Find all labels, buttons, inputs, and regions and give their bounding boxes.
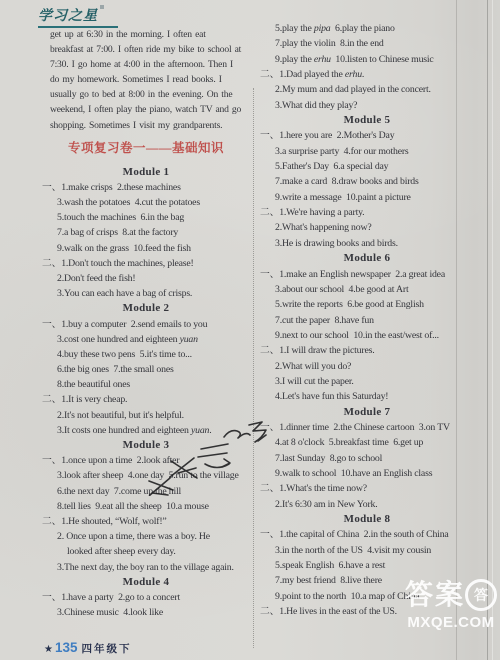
intro-paragraph: get up at 6:30 in the morning. I often e… <box>40 27 252 133</box>
answer-line: 5.speak English 6.have a rest <box>275 558 476 573</box>
answer-line: 3.cost one hundred and eighteen yuan <box>57 332 252 347</box>
page-edge-highlight <box>492 0 493 660</box>
answer-line: 9.walk on the grass 10.feed the fish <box>57 241 252 256</box>
answer-line: 二、1.Don't touch the machines, please! <box>42 256 252 271</box>
left-column: get up at 6:30 in the morning. I often e… <box>40 27 252 620</box>
answer-line: 9.play the erhu 10.listen to Chinese mus… <box>275 52 476 67</box>
answer-line: 2. Once upon a time, there was a boy. He <box>57 529 252 544</box>
brand-logo: 学习之星 <box>38 5 118 28</box>
paragraph-line: usually go to bed at 8:00 in the evening… <box>50 87 252 102</box>
answer-line: 9.next to our school 10.in the east/west… <box>275 328 476 343</box>
answer-line: 7.cut the paper 8.have fun <box>275 313 476 328</box>
answer-line: 4.at 8 o'clock 5.breakfast time 6.get up <box>275 435 476 450</box>
answer-line: 3.What did they play? <box>275 98 476 113</box>
answer-line: 3.He is drawing books and birds. <box>275 236 476 251</box>
answer-line: 2.It's 6:30 am in New York. <box>275 497 476 512</box>
answer-line: 5.write the reports 6.be good at English <box>275 297 476 312</box>
watermark-wordmark: 答 案 答 <box>402 579 500 611</box>
answer-line: 一、1.dinner time 2.the Chinese cartoon 3.… <box>260 420 476 435</box>
answer-line: 9.walk to school 10.have an English clas… <box>275 466 476 481</box>
answer-line: 一、1.have a party 2.go to a concert <box>42 590 252 605</box>
watermark-circle-logo: 答 <box>465 579 497 611</box>
scanned-workbook-page: 学习之星 get up at 6:30 in the morning. I of… <box>0 0 500 660</box>
answer-line: 5.touch the machines 6.in the bag <box>57 210 252 225</box>
answer-line: 一、1.here you are 2.Mother's Day <box>260 128 476 143</box>
answer-line: 一、1.the capital of China 2.in the south … <box>260 527 476 542</box>
answer-line: 2.My mum and dad played in the concert. <box>275 82 476 97</box>
answer-line: 2.What's happening now? <box>275 220 476 235</box>
answer-line: 6.the big ones 7.the small ones <box>57 362 252 377</box>
paragraph-line: do my homework. Sometimes I read books. … <box>50 72 252 87</box>
answer-line: 2.It's not beautiful, but it's helpful. <box>57 408 252 423</box>
answer-line: 3.wash the potatoes 4.cut the potatoes <box>57 195 252 210</box>
grade-label: 四年级下 <box>82 641 132 656</box>
paragraph-line: breakfast at 7:00. I often ride my bike … <box>50 42 252 57</box>
answer-line: 一、1.make crisps 2.these machines <box>42 180 252 195</box>
answer-line: 7.a bag of crisps 8.at the factory <box>57 225 252 240</box>
answer-line: 7.make a card 8.draw books and birds <box>275 174 476 189</box>
module-header: Module 3 <box>40 438 252 453</box>
watermark-char-2: 案 <box>435 580 463 610</box>
answer-line: 3.You can each have a bag of crisps. <box>57 286 252 301</box>
module-header: Module 2 <box>40 301 252 316</box>
answer-line: 2.Don't feed the fish! <box>57 271 252 286</box>
answer-line: 8.the beautiful ones <box>57 377 252 392</box>
answer-line: 6.the next day 7.come up the hill <box>57 484 252 499</box>
answer-line: 5.Father's Day 6.a special day <box>275 159 476 174</box>
answer-line: 7.play the violin 8.in the end <box>275 36 476 51</box>
answer-line: 二、1.We're having a party. <box>260 205 476 220</box>
watermark-site-url: MXQE.COM <box>402 614 500 631</box>
paragraph-line: weekend, I often play the piano, watch T… <box>50 102 252 117</box>
module-header: Module 6 <box>258 251 476 266</box>
answer-line: 7.last Sunday 8.go to school <box>275 451 476 466</box>
page-edge-line <box>487 0 488 660</box>
left-answers: Module 1一、1.make crisps 2.these machines… <box>40 165 252 621</box>
answer-line: 二、1.He shouted, “Wolf, wolf!” <box>42 514 252 529</box>
answer-line: 4.Let's have fun this Saturday! <box>275 389 476 404</box>
answer-line: 二、1.What's the time now? <box>260 481 476 496</box>
answer-line: 3.I will cut the paper. <box>275 374 476 389</box>
watermark-char-1: 答 <box>405 580 433 610</box>
answer-line: 3.a surprise party 4.for our mothers <box>275 144 476 159</box>
brand-logo-text: 学习之星 <box>38 9 98 24</box>
column-divider <box>253 88 254 648</box>
answer-line: 3.The next day, the boy ran to the villa… <box>57 560 252 575</box>
answer-line: 3.Chinese music 4.look like <box>57 605 252 620</box>
module-header: Module 7 <box>258 405 476 420</box>
answer-line: looked after sheep every day. <box>67 544 252 559</box>
answer-line: 4.buy these two pens 5.it's time to... <box>57 347 252 362</box>
answer-line: 二、1.Dad played the erhu. <box>260 67 476 82</box>
page-number: 135 <box>55 640 78 655</box>
answer-line: 5.play the pipa 6.play the piano <box>275 21 476 36</box>
answer-line: 9.write a message 10.paint a picture <box>275 190 476 205</box>
answer-line: 二、1.I will draw the pictures. <box>260 343 476 358</box>
module-header: Module 1 <box>40 165 252 180</box>
paragraph-line: shopping. Sometimes I visit my grandpare… <box>50 118 252 133</box>
answer-line: 二、1.It is very cheap. <box>42 392 252 407</box>
answer-line: 3.look after sheep 4.one day 5.run to th… <box>57 468 252 483</box>
right-answers: 5.play the pipa 6.play the piano7.play t… <box>258 21 476 619</box>
paragraph-line: get up at 6:30 in the morning. I often e… <box>50 27 252 42</box>
answer-line: 2.What will you do? <box>275 359 476 374</box>
answer-line: 3.about our school 4.be good at Art <box>275 282 476 297</box>
module-header: Module 4 <box>40 575 252 590</box>
answer-line: 一、1.make an English newspaper 2.a great … <box>260 267 476 282</box>
logo-registered-mark <box>100 5 104 9</box>
answer-line: 3.in the north of the US 4.visit my cous… <box>275 543 476 558</box>
answer-line: 一、1.buy a computer 2.send emails to you <box>42 317 252 332</box>
right-column: 5.play the pipa 6.play the piano7.play t… <box>258 21 476 619</box>
section-heading: 专项复习卷一——基础知识 <box>40 140 252 156</box>
watermark: 答 案 答 MXQE.COM <box>402 579 500 631</box>
module-header: Module 5 <box>258 113 476 128</box>
module-header: Module 8 <box>258 512 476 527</box>
paragraph-line: 7:30. I go home at 4:00 in the afternoon… <box>50 57 252 72</box>
page-footer: ★ 135 四年级下 <box>44 640 132 656</box>
answer-line: 8.tell lies 9.eat all the sheep 10.a mou… <box>57 499 252 514</box>
answer-line: 3.It costs one hundred and eighteen yuan… <box>57 423 252 438</box>
answer-line: 一、1.once upon a time 2.look after <box>42 453 252 468</box>
star-icon: ★ <box>44 644 53 655</box>
